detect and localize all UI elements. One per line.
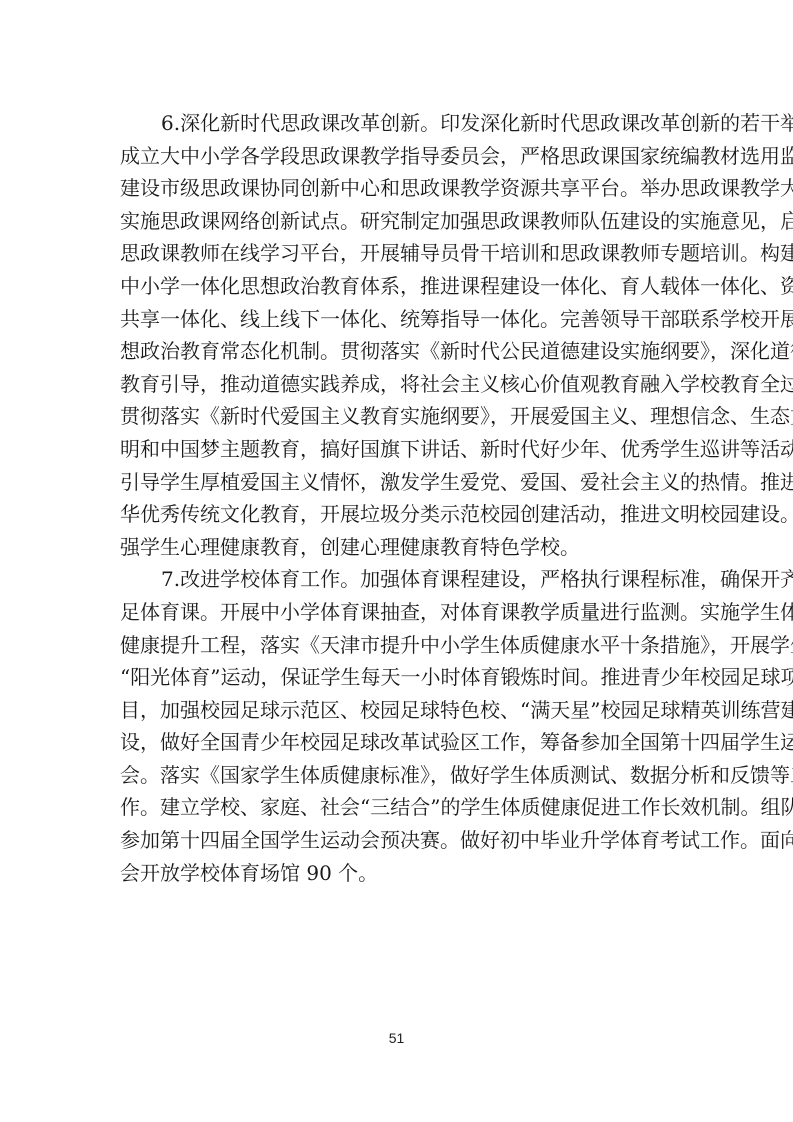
text-line: 足体育课。开展中小学体育课抽查，对体育课教学质量进行监测。实施学生体质 — [120, 596, 684, 629]
text-line: 设，做好全国青少年校园足球改革试验区工作，筹备参加全国第十四届学生运动 — [120, 726, 684, 759]
text-line: 明和中国梦主题教育，搞好国旗下讲话、新时代好少年、优秀学生巡讲等活动， — [120, 433, 684, 466]
text-line: 思政课教师在线学习平台，开展辅导员骨干培训和思政课教师专题培训。构建大 — [120, 237, 684, 270]
text-line: 7.改进学校体育工作。加强体育课程建设，严格执行课程标准，确保开齐开 — [120, 563, 684, 596]
text-line: 参加第十四届全国学生运动会预决赛。做好初中毕业升学体育考试工作。面向社 — [120, 824, 684, 857]
text-line: 中小学一体化思想政治教育体系，推进课程建设一体化、育人载体一体化、资源 — [120, 270, 684, 303]
document-page: 6.深化新时代思政课改革创新。印发深化新时代思政课改革创新的若干举措， 成立大中… — [0, 0, 793, 1122]
text-line: 引导学生厚植爱国主义情怀，激发学生爱党、爱国、爱社会主义的热情。推进中 — [120, 466, 684, 499]
text-line: 教育引导，推动道德实践养成，将社会主义核心价值观教育融入学校教育全过程。 — [120, 368, 684, 401]
text-line: 想政治教育常态化机制。贯彻落实《新时代公民道德建设实施纲要》，深化道德 — [120, 335, 684, 368]
body-text: 6.深化新时代思政课改革创新。印发深化新时代思政课改革创新的若干举措， 成立大中… — [120, 107, 684, 889]
text-line: 健康提升工程，落实《天津市提升中小学生体质健康水平十条措施》，开展学生 — [120, 629, 684, 662]
text-line: 建设市级思政课协同创新中心和思政课教学资源共享平台。举办思政课教学大赛， — [120, 172, 684, 205]
text-line: 华优秀传统文化教育，开展垃圾分类示范校园创建活动，推进文明校园建设。加 — [120, 498, 684, 531]
text-line: 6.深化新时代思政课改革创新。印发深化新时代思政课改革创新的若干举措， — [120, 107, 684, 140]
text-line: 共享一体化、线上线下一体化、统筹指导一体化。完善领导干部联系学校开展思 — [120, 303, 684, 336]
text-line: 实施思政课网络创新试点。研究制定加强思政课教师队伍建设的实施意见，启用 — [120, 205, 684, 238]
text-line: 会开放学校体育场馆 90 个。 — [120, 857, 684, 890]
text-line: 强学生心理健康教育，创建心理健康教育特色学校。 — [120, 531, 684, 564]
paragraph-ideological-course-reform: 6.深化新时代思政课改革创新。印发深化新时代思政课改革创新的若干举措， 成立大中… — [120, 107, 684, 563]
paragraph-school-sports: 7.改进学校体育工作。加强体育课程建设，严格执行课程标准，确保开齐开 足体育课。… — [120, 563, 684, 889]
text-line: 目，加强校园足球示范区、校园足球特色校、“满天星”校园足球精英训练营建 — [120, 694, 684, 727]
text-line: 成立大中小学各学段思政课教学指导委员会，严格思政课国家统编教材选用监测， — [120, 140, 684, 173]
page-number: 51 — [0, 1030, 793, 1046]
text-line: “阳光体育”运动，保证学生每天一小时体育锻炼时间。推进青少年校园足球项 — [120, 661, 684, 694]
text-line: 会。落实《国家学生体质健康标准》，做好学生体质测试、数据分析和反馈等工 — [120, 759, 684, 792]
text-line: 贯彻落实《新时代爱国主义教育实施纲要》，开展爱国主义、理想信念、生态文 — [120, 400, 684, 433]
text-line: 作。建立学校、家庭、社会“三结合”的学生体质健康促进工作长效机制。组队 — [120, 791, 684, 824]
